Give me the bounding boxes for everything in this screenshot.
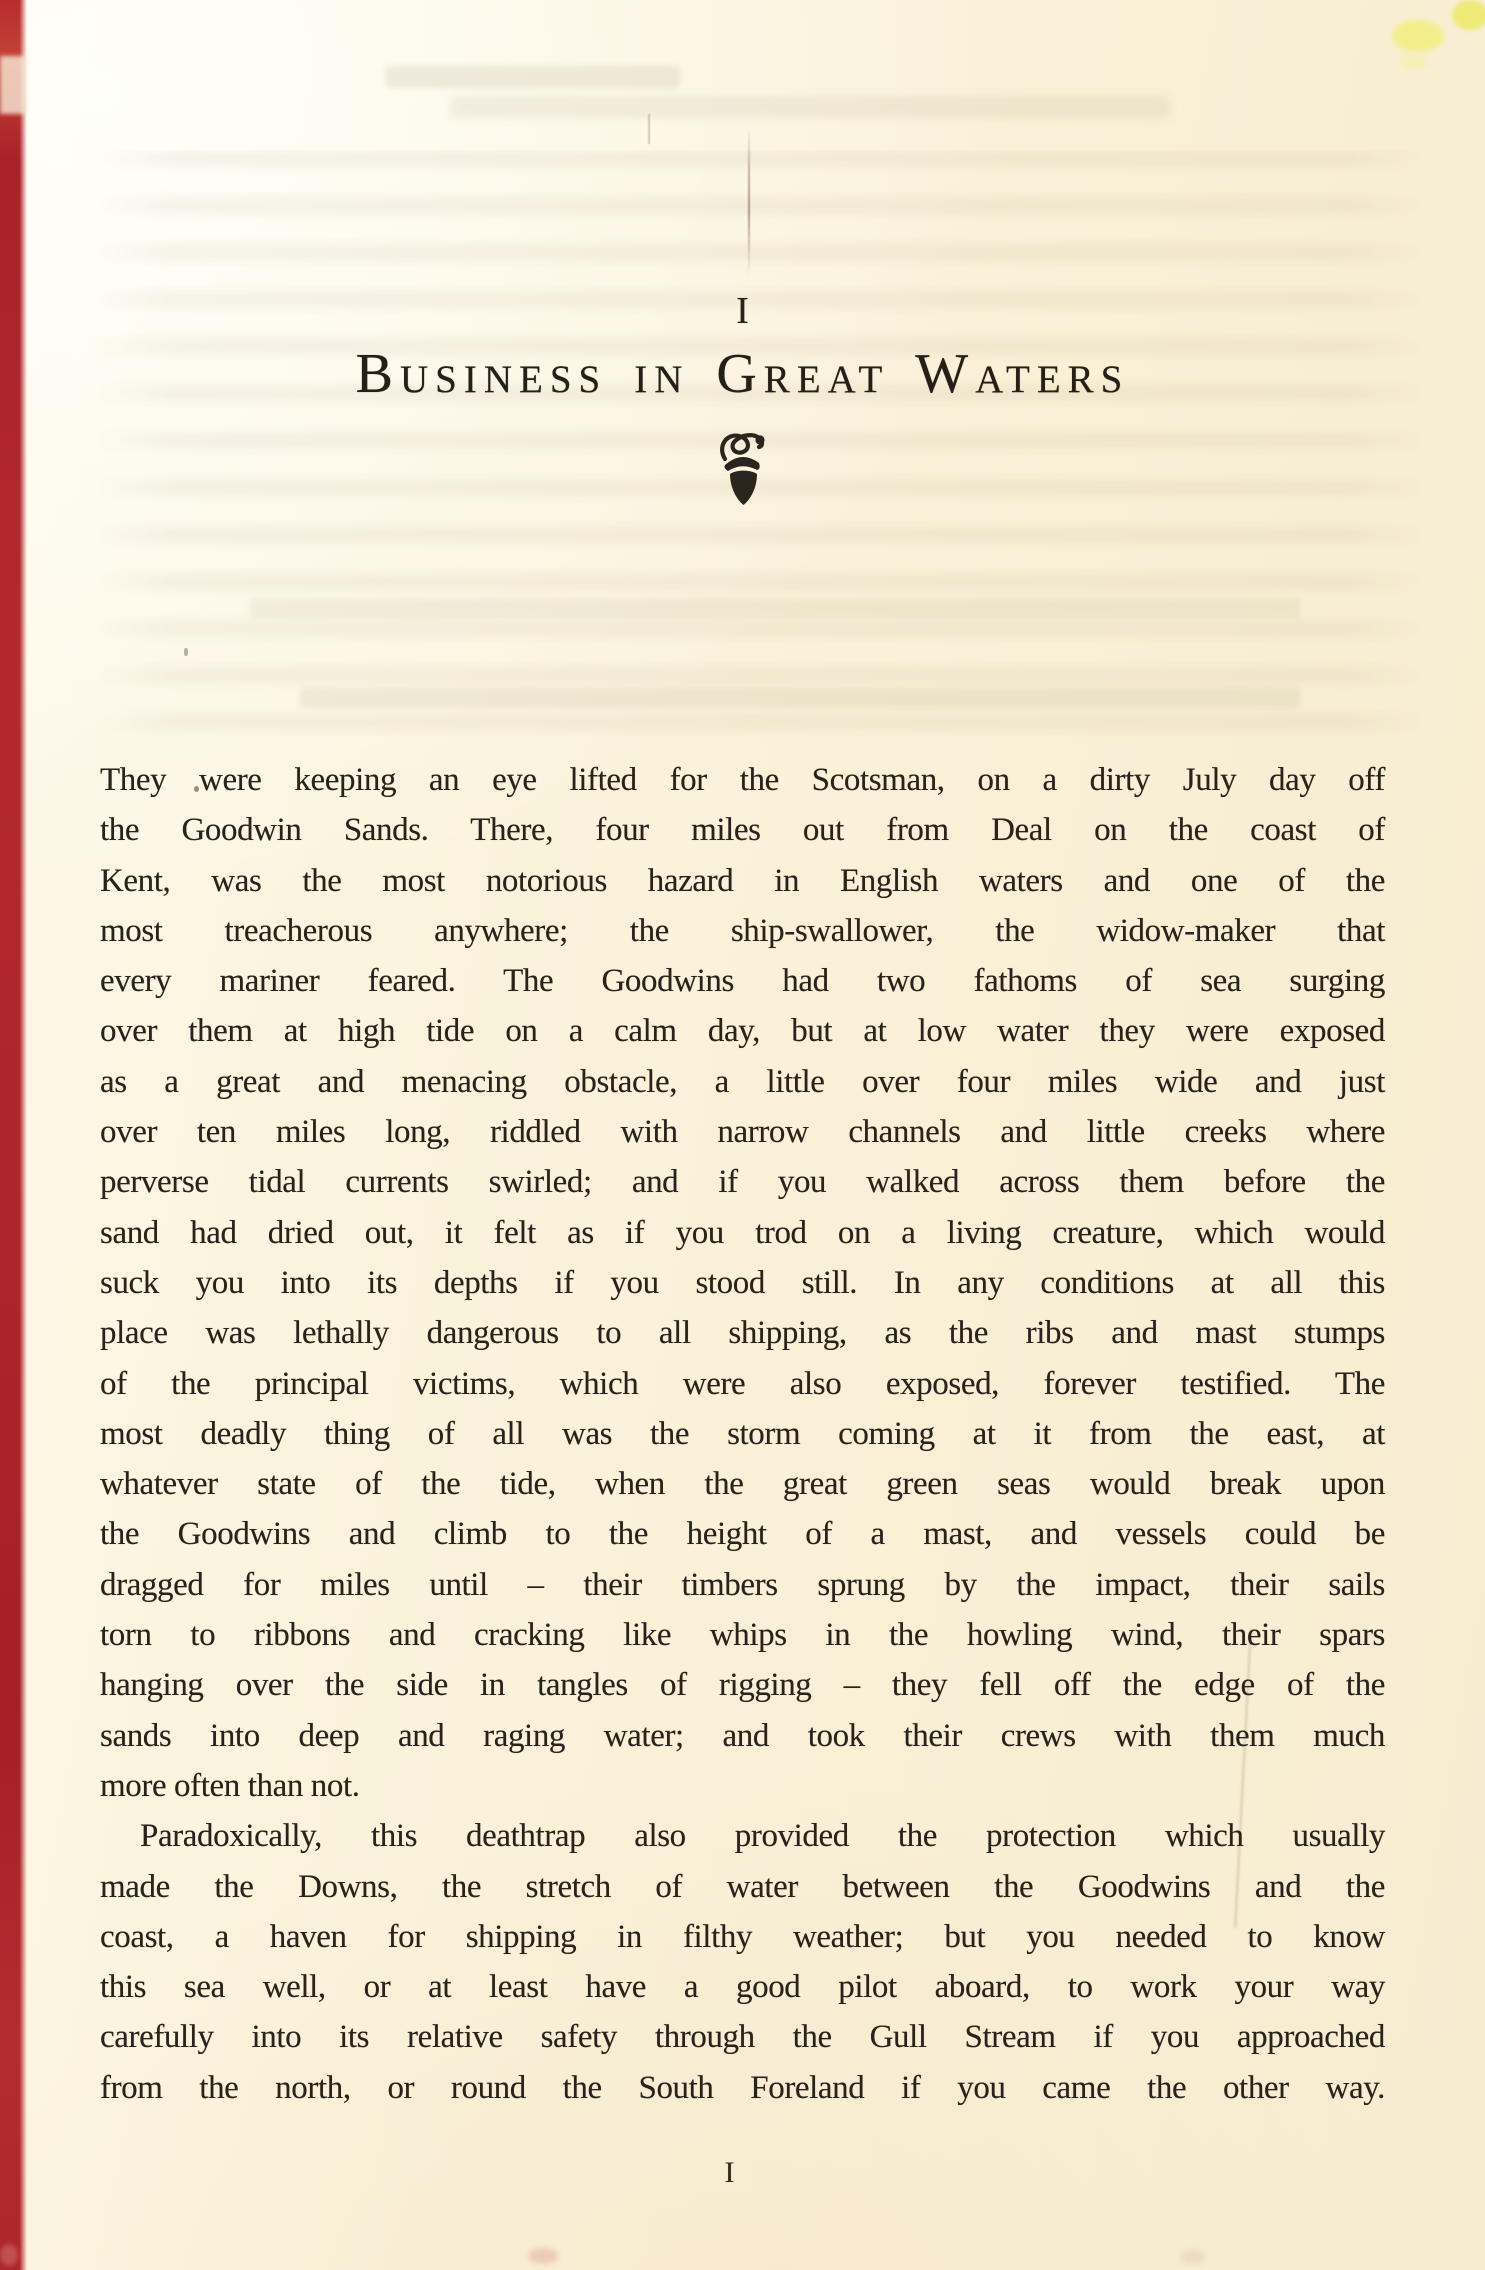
chapter-title: Business in Great Waters [0, 344, 1485, 406]
text-line: made the Downs, the stretch of water bet… [100, 1862, 1385, 1912]
ghost-showthrough-header [385, 66, 680, 88]
text-line: perverse tidal currents swirled; and if … [100, 1157, 1385, 1207]
text-line: place was lethally dangerous to all ship… [100, 1308, 1385, 1358]
highlighter-mark [1398, 54, 1428, 70]
text-line: from the north, or round the South Forel… [100, 2063, 1385, 2113]
text-line: the Goodwins and climb to the height of … [100, 1509, 1385, 1559]
red-scan-edge [0, 0, 27, 2270]
text-line: hanging over the side in tangles of rigg… [100, 1660, 1385, 1710]
red-scan-edge-notch [0, 56, 27, 114]
text-line: more often than not. [100, 1761, 1385, 1811]
text-line: sands into deep and raging water; and to… [100, 1711, 1385, 1761]
ghost-showthrough-line [250, 598, 1300, 618]
highlighter-mark [1452, 0, 1485, 30]
text-line: dragged for miles until – their timbers … [100, 1560, 1385, 1610]
edge-smudge [1180, 2250, 1206, 2264]
text-line: whatever state of the tide, when the gre… [100, 1459, 1385, 1509]
body-text: They were keeping an eye lifted for the … [100, 755, 1385, 2113]
acorn-ornament-icon [714, 430, 772, 506]
text-line: over them at high tide on a calm day, bu… [100, 1006, 1385, 1056]
text-line: most treacherous anywhere; the ship-swal… [100, 906, 1385, 956]
book-page-scan: I Business in Great Waters They were kee… [0, 0, 1485, 2270]
text-line: Paradoxically, this deathtrap also provi… [100, 1811, 1385, 1861]
text-line: coast, a haven for shipping in filthy we… [100, 1912, 1385, 1962]
text-line: as a great and menacing obstacle, a litt… [100, 1057, 1385, 1107]
page-number: I [0, 2156, 1472, 2190]
text-line: every mariner feared. The Goodwins had t… [100, 956, 1385, 1006]
paper-crease [748, 126, 750, 276]
highlighter-mark [1392, 20, 1444, 52]
text-line: most deadly thing of all was the storm c… [100, 1409, 1385, 1459]
text-line: over ten miles long, riddled with narrow… [100, 1107, 1385, 1157]
text-line: suck you into its depths if you stood st… [100, 1258, 1385, 1308]
ghost-showthrough-line [450, 96, 1170, 118]
text-line: this sea well, or at least have a good p… [100, 1962, 1385, 2012]
edge-smudge [0, 2244, 18, 2266]
edge-smudge [528, 2248, 558, 2264]
text-line: sand had dried out, it felt as if you tr… [100, 1208, 1385, 1258]
ink-speck [184, 648, 188, 656]
text-line: They were keeping an eye lifted for the … [100, 755, 1385, 805]
text-line: of the principal victims, which were als… [100, 1359, 1385, 1409]
text-line: Kent, was the most notorious hazard in E… [100, 856, 1385, 906]
ghost-showthrough-line [300, 688, 1300, 708]
text-line: carefully into its relative safety throu… [100, 2012, 1385, 2062]
paper-crease [648, 114, 650, 144]
text-line: torn to ribbons and cracking like whips … [100, 1610, 1385, 1660]
chapter-number: I [0, 292, 1485, 330]
text-line: the Goodwin Sands. There, four miles out… [100, 805, 1385, 855]
